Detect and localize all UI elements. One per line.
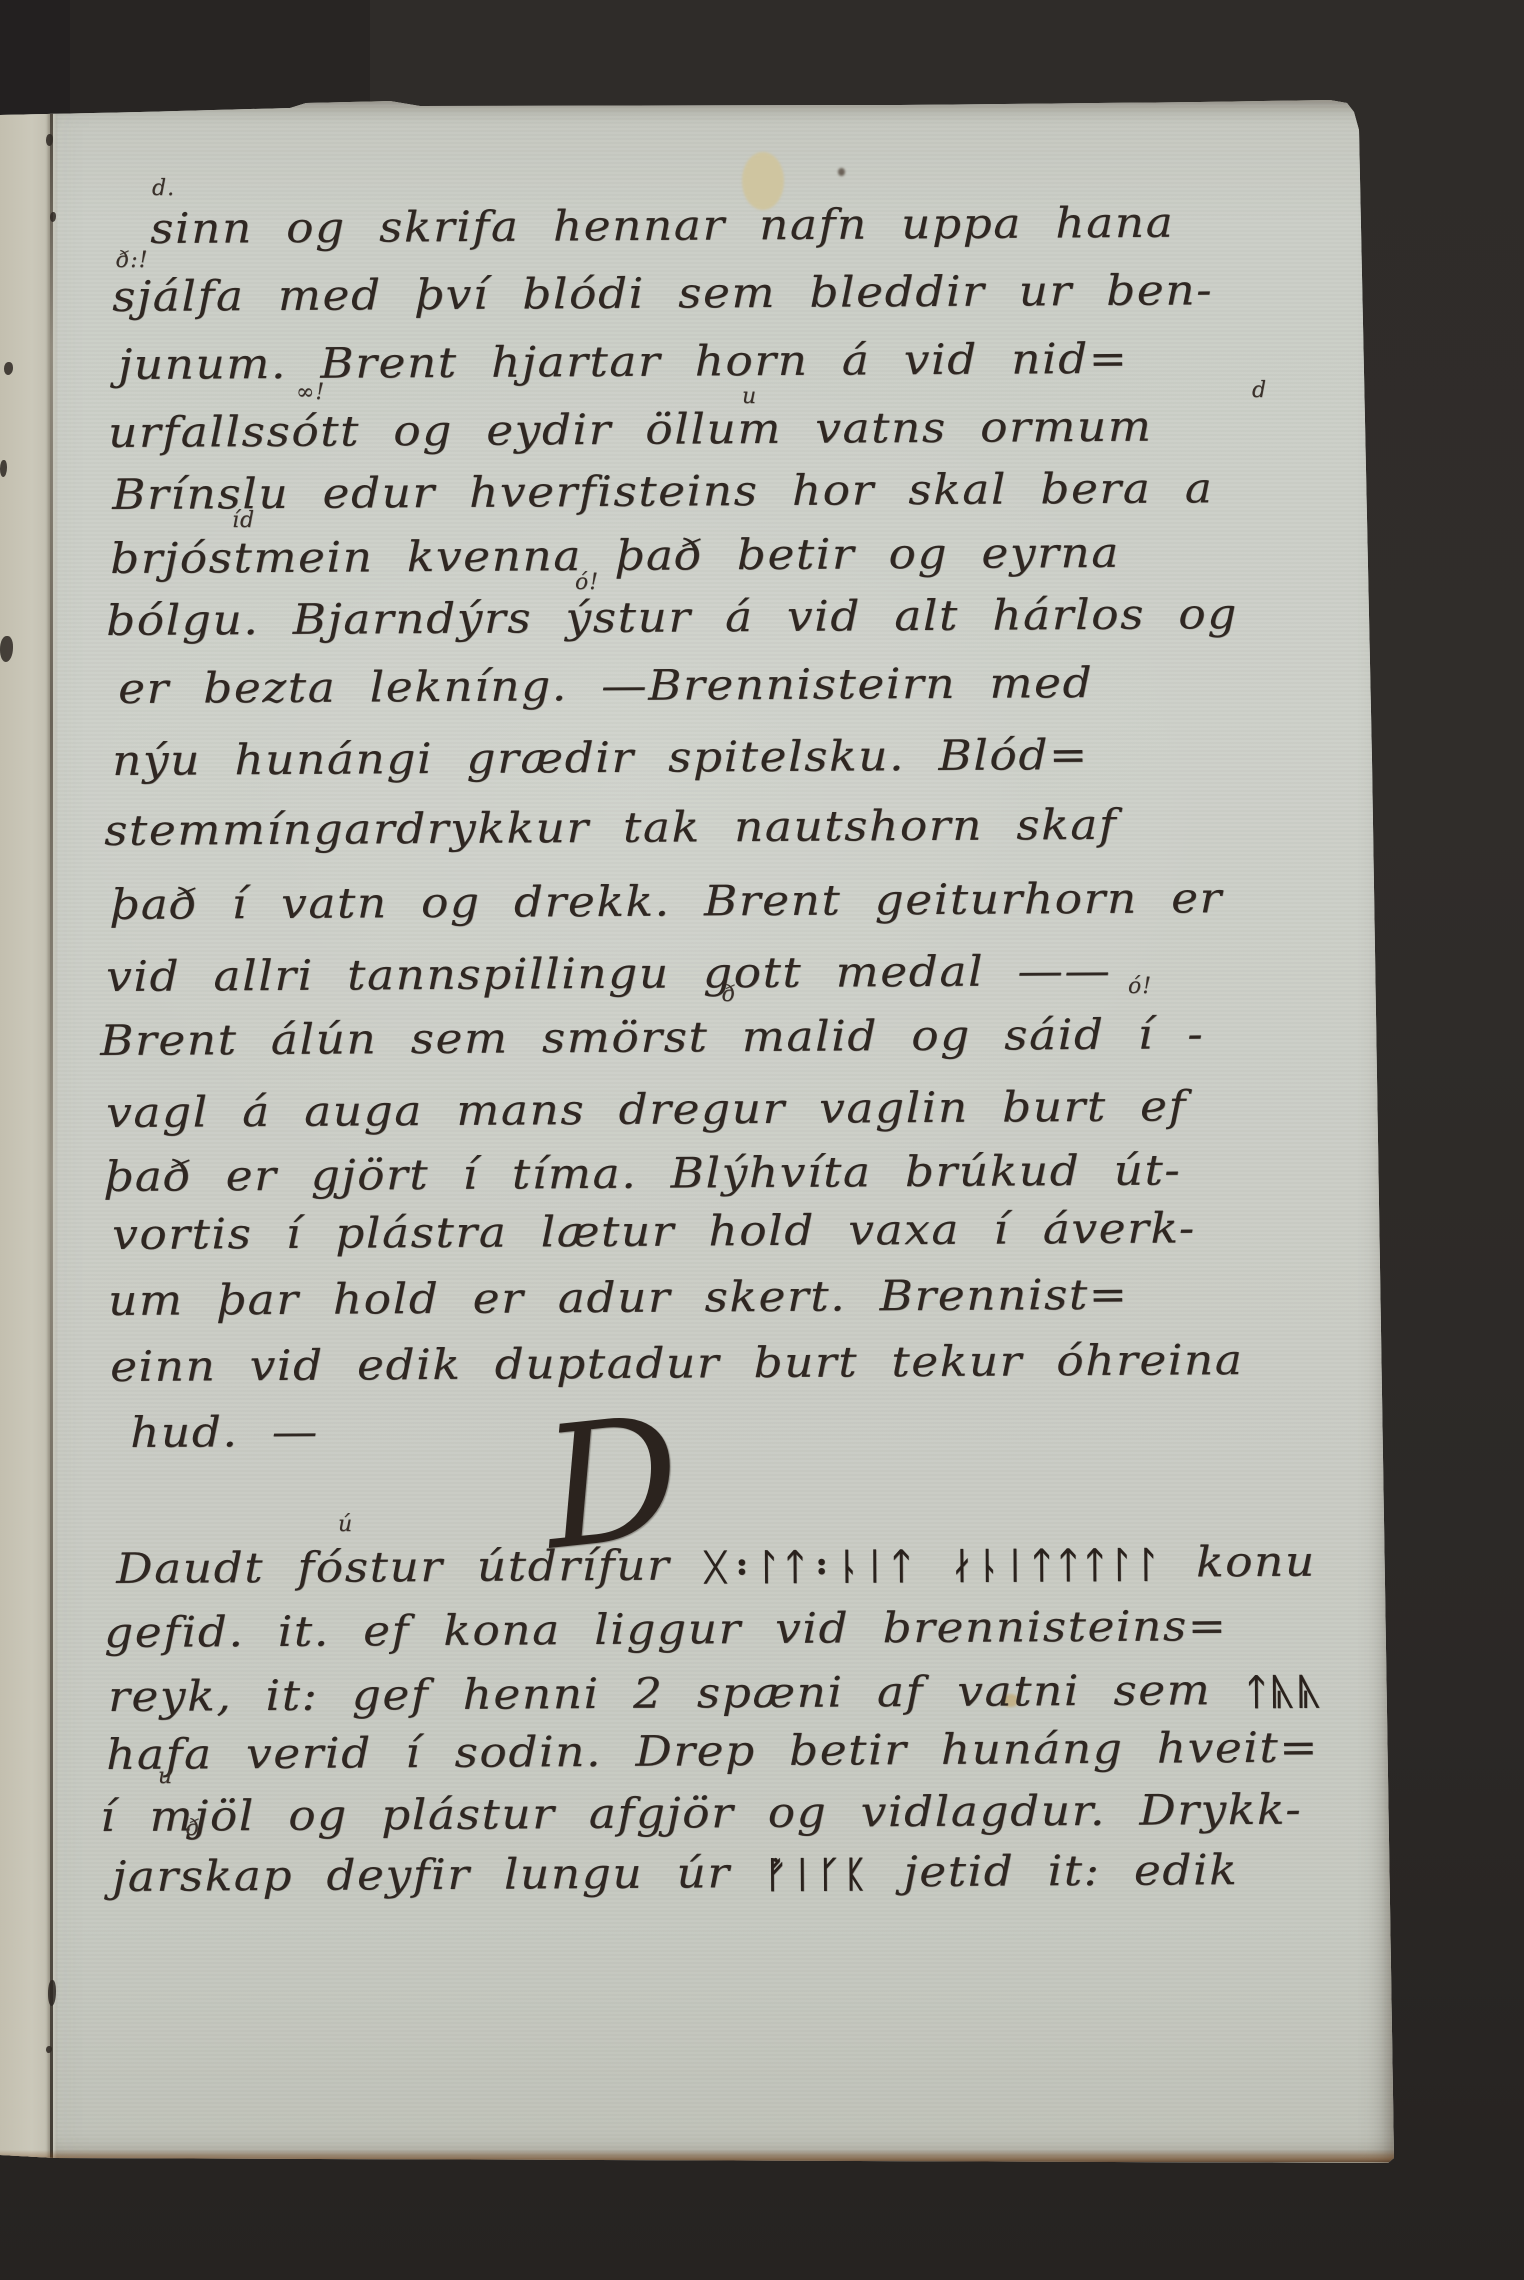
line-text: það er gjört í tíma. Blýhvíta brúkud út- xyxy=(104,1145,1181,1201)
handwritten-line: urfallssótt og eydir öllum vatns ormum xyxy=(108,406,1153,454)
handwritten-line: bólgu. Bjarndýrs ýstur á vid alt hárlos … xyxy=(106,593,1238,642)
handwritten-line: Brent álún sem smörst malid og sáid í - xyxy=(100,1013,1204,1062)
line-text: Brent álún sem smörst malid og sáid í - xyxy=(100,1009,1204,1065)
line-text: stemmíngardrykkur tak nautshorn skaf xyxy=(104,800,1118,855)
handwritten-line: sjálfa med því blódi sem bleddir ur ben- xyxy=(112,269,1213,318)
handwritten-line: vortis í plástra lætur hold vaxa í áverk… xyxy=(112,1207,1196,1256)
handwritten-line: hud. — xyxy=(130,1411,319,1454)
handwritten-line: í mjöl og plástur afgjör og vidlagdur. D… xyxy=(100,1789,1302,1838)
runic-text: ᚡᛁᚴᛕ xyxy=(764,1854,871,1896)
initial-letter: D xyxy=(537,1401,687,1565)
runic-text: ᛏᚣᚣ xyxy=(1245,1672,1325,1713)
interlinear-annotation: d xyxy=(1252,380,1267,402)
line-text: nýu hunángi grædir spitelsku. Blód= xyxy=(112,730,1089,785)
line-text: vid allri tannspillingu gott medal —— xyxy=(106,946,1112,1001)
interlinear-annotation: ú xyxy=(338,1514,353,1536)
interlinear-annotation: u xyxy=(742,386,757,408)
handwritten-line: gefid. it. ef kona liggur vid brennistei… xyxy=(104,1605,1228,1654)
handwritten-line: er bezta lekníng. —Brennisteirn med xyxy=(118,662,1093,710)
line-text: vortis í plástra lætur hold vaxa í áverk… xyxy=(112,1203,1196,1259)
line-text: Brínslu edur hverfisteins hor skal bera … xyxy=(112,463,1214,519)
handwritten-line: vagl á auga mans dregur vaglin burt ef xyxy=(106,1085,1187,1134)
line-text: gefid. it. ef kona liggur vid brennistei… xyxy=(104,1601,1228,1657)
line-text: sjálfa med því blódi sem bleddir ur ben- xyxy=(112,265,1213,321)
backdrop-shadow xyxy=(70,0,370,118)
interlinear-annotation: ó! xyxy=(575,572,599,594)
line-text: það í vatn og drekk. Brent geiturhorn er xyxy=(110,873,1223,929)
handwritten-line: junum. Brent hjartar horn á vid nid= xyxy=(118,338,1129,386)
handwritten-line: hafa verid í sodin. Drep betir hunáng hv… xyxy=(106,1727,1319,1776)
handwritten-line: vid allri tannspillingu gott medal —— xyxy=(106,950,1112,998)
page-bottom-edge xyxy=(0,2150,1396,2162)
handwritten-line: sinn og skrifa hennar nafn uppa hana xyxy=(150,202,1174,250)
line-text: um þar hold er adur skert. Brennist= xyxy=(108,1270,1129,1325)
line-text: hud. — xyxy=(130,1407,319,1457)
handwritten-line: brjóstmein kvenna það betir og eyrna xyxy=(110,532,1120,580)
line-text: hafa verid í sodin. Drep betir hunáng hv… xyxy=(106,1723,1319,1779)
line-text: konu xyxy=(1163,1537,1316,1587)
interlinear-annotation: ð xyxy=(722,984,736,1006)
interlinear-annotation: d. xyxy=(152,178,175,200)
manuscript-page: sinn og skrifa hennar nafn uppa hanasjál… xyxy=(0,0,1524,2280)
interlinear-annotation: u xyxy=(158,1766,173,1788)
handwritten-line: einn vid edik duptadur burt tekur óhrein… xyxy=(110,1339,1244,1388)
handwritten-line: stemmíngardrykkur tak nautshorn skaf xyxy=(104,804,1117,852)
handwritten-line: jarskap deyfir lungu úr ᚡᛁᚴᛕ jetid it: e… xyxy=(112,1849,1238,1898)
line-text: jarskap deyfir lungu úr xyxy=(112,1848,764,1901)
binding-crease xyxy=(50,100,53,2162)
line-text: urfallssótt og eydir öllum vatns ormum xyxy=(108,402,1153,457)
interlinear-annotation: ð xyxy=(186,1818,200,1840)
handwritten-line: Daudt fóstur útdrífur ᚷ᛬ᛚᛏ᛬ᚿᛁᛏ ᛅᚿᛁᛏᛏᛏᛚᛚ … xyxy=(116,1541,1316,1590)
line-text: bólgu. Bjarndýrs ýstur á vid alt hárlos … xyxy=(106,589,1238,645)
handwritten-line: Brínslu edur hverfisteins hor skal bera … xyxy=(112,467,1214,516)
interlinear-annotation: íd xyxy=(232,510,255,532)
handwritten-line: nýu hunángi grædir spitelsku. Blód= xyxy=(112,734,1089,782)
handwritten-line: það er gjört í tíma. Blýhvíta brúkud út- xyxy=(104,1149,1181,1198)
handwritten-line: um þar hold er adur skert. Brennist= xyxy=(108,1274,1129,1322)
line-text: brjóstmein kvenna það betir og eyrna xyxy=(110,528,1120,583)
line-text: reyk, it: gef henni 2 spæni af vatni sem xyxy=(108,1665,1245,1721)
line-text: einn vid edik duptadur burt tekur óhrein… xyxy=(110,1335,1244,1391)
line-text: er bezta lekníng. —Brennisteirn med xyxy=(118,658,1093,713)
line-text: jetid it: edik xyxy=(870,1845,1238,1896)
line-text: í mjöl og plástur afgjör og vidlagdur. D… xyxy=(100,1785,1302,1841)
interlinear-annotation: ∞! xyxy=(296,382,325,404)
handwritten-line: það í vatn og drekk. Brent geiturhorn er xyxy=(110,877,1223,926)
line-text: sinn og skrifa hennar nafn uppa hana xyxy=(150,198,1174,253)
book-spine-shadow xyxy=(0,0,70,125)
handwritten-line: reyk, it: gef henni 2 spæni af vatni sem… xyxy=(108,1669,1325,1718)
runic-text: ᚷ᛬ᛚᛏ᛬ᚿᛁᛏ ᛅᚿᛁᛏᛏᛏᛚᛚ xyxy=(703,1545,1162,1589)
line-text: junum. Brent hjartar horn á vid nid= xyxy=(118,334,1129,389)
interlinear-annotation: ð:! xyxy=(116,250,149,272)
photo-backdrop: sinn og skrifa hennar nafn uppa hanasjál… xyxy=(0,0,1524,2280)
paper-stain xyxy=(838,168,845,176)
interlinear-annotation: ó! xyxy=(1128,976,1152,998)
line-text: vagl á auga mans dregur vaglin burt ef xyxy=(106,1081,1187,1137)
